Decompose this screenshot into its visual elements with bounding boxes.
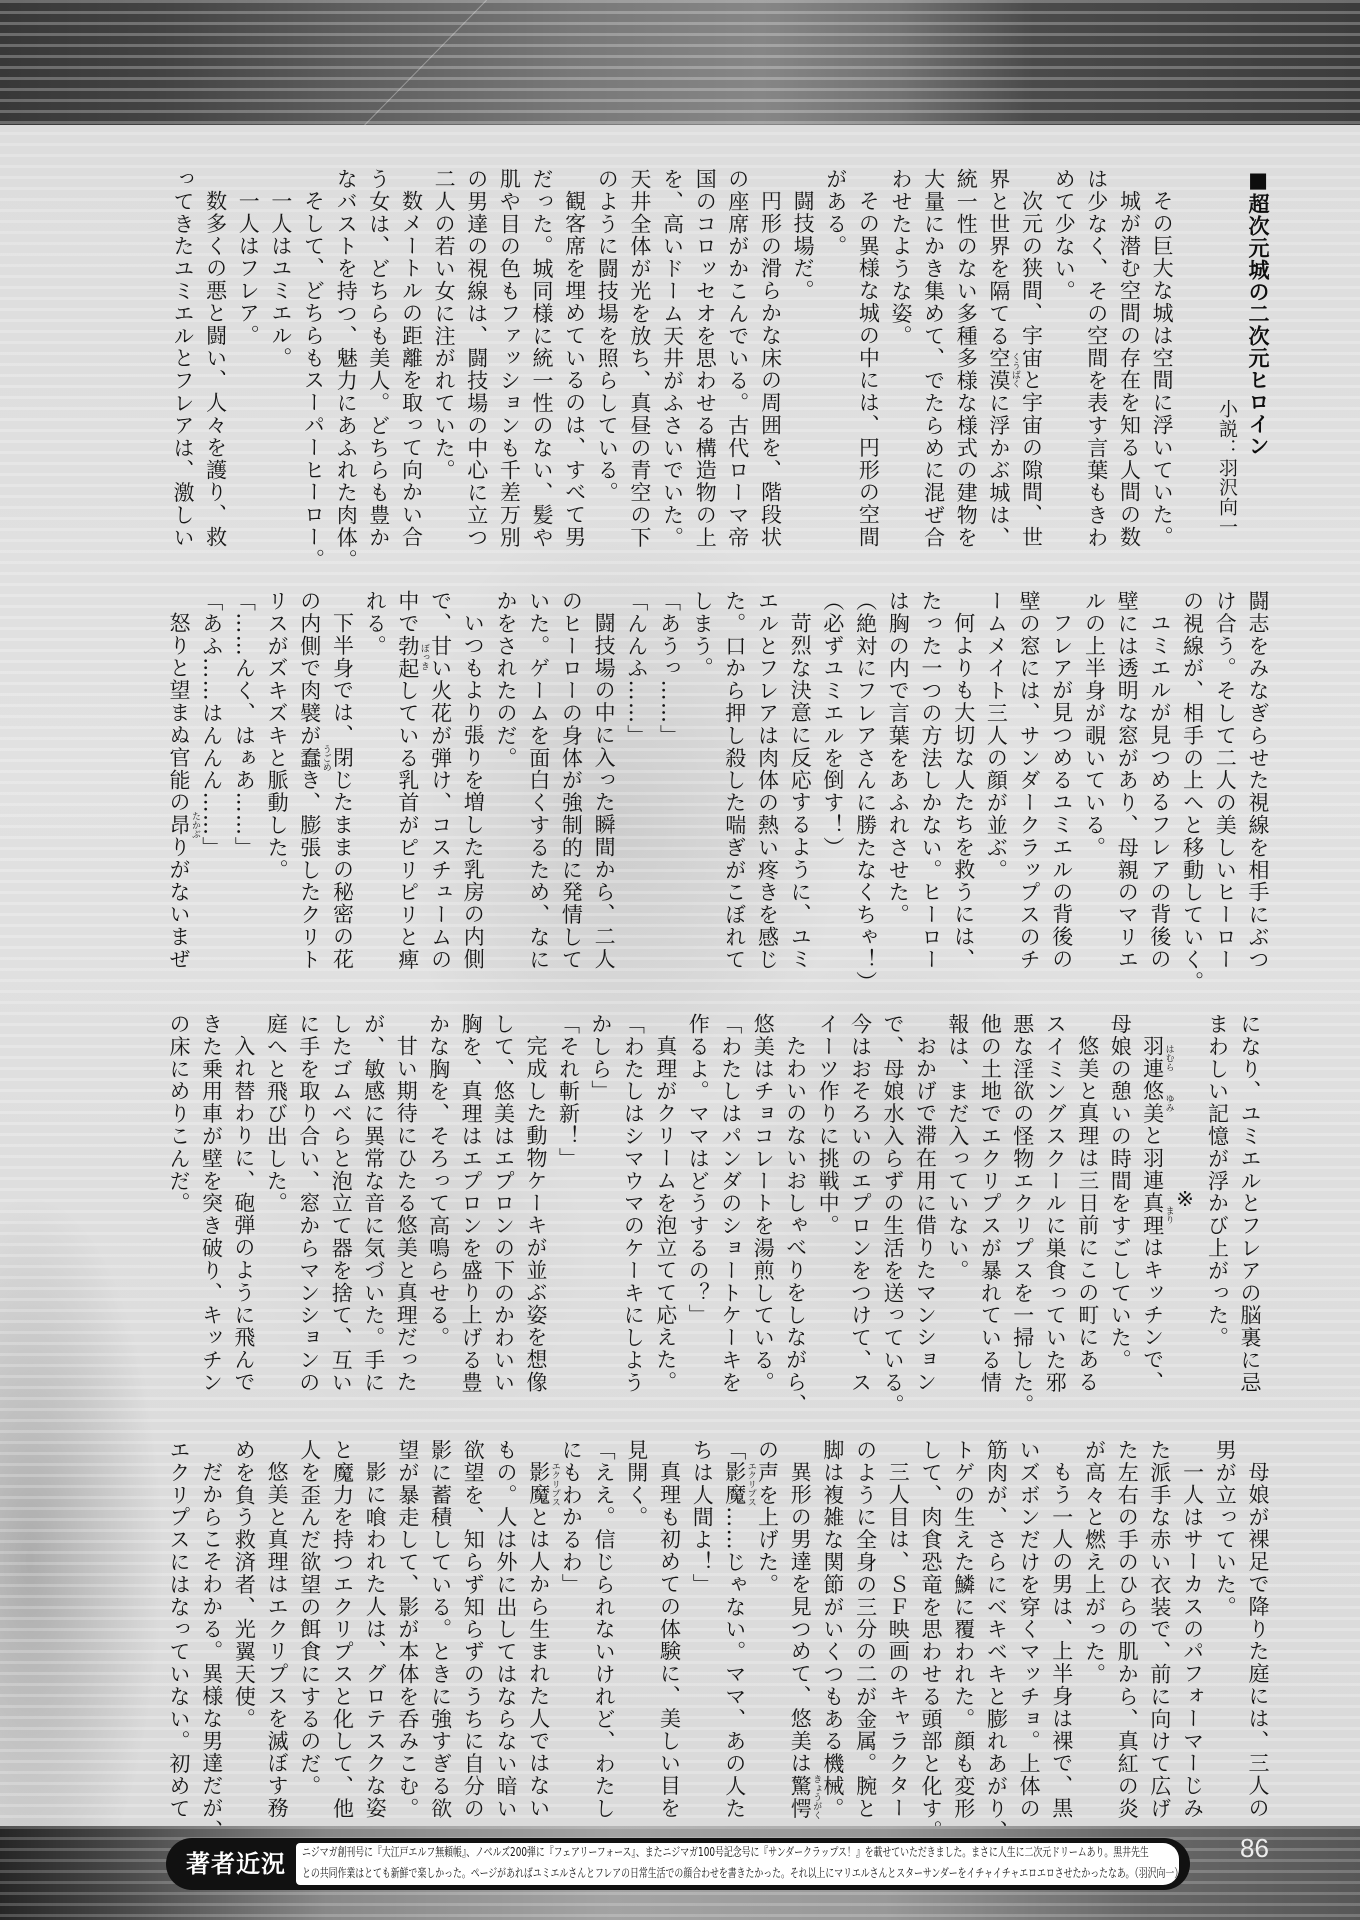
text-column: 悠美はチョコレートを湯煎している。 xyxy=(751,1013,775,1394)
text-column: 甘い期待にひたる悠美と真理だった xyxy=(394,1013,418,1394)
text-column: 男が立っていた。 xyxy=(1213,1439,1237,1618)
text-column: は胸の内で言葉をあふれさせた。 xyxy=(886,590,910,926)
text-column: になり、ユミエルとフレアの脳裏に忌 xyxy=(1238,1013,1262,1394)
text-column: かをされたのだ。 xyxy=(494,590,518,769)
text-column: かしら」 xyxy=(589,1013,613,1103)
text-column: 「あうっ……」 xyxy=(658,590,682,747)
text-column: け合う。そして二人の美しいヒーロー xyxy=(1213,590,1237,971)
text-tier-1: その巨大な城は空間に浮いていた。城が潜む空間の存在を知る人間の数は少なく、その空… xyxy=(0,168,1360,578)
text-column: の声を上げた。 xyxy=(756,1439,780,1596)
text-column: 中で勃起ぼっきしている乳首がピリピリと痺 xyxy=(396,590,420,971)
text-column: 界と世界を隔てる空漠くうばくに浮かぶ城は、 xyxy=(987,168,1011,549)
text-column: 見開く。 xyxy=(625,1439,649,1529)
text-column: ユミエルが見つめるフレアの背後の xyxy=(1148,590,1172,971)
text-column: 作るよ。ママはどうするの？」 xyxy=(686,1013,710,1327)
text-column: 闘技場の中に入った瞬間から、二人 xyxy=(592,590,616,971)
text-column: 入れ替わりに、砲弾のように飛んで xyxy=(232,1013,256,1394)
text-column: 「……んく、はぁあ……」 xyxy=(232,590,256,859)
text-column: 闘志をみなぎらせた視線を相手にぶつ xyxy=(1246,590,1270,971)
author-note-label: 著者近況 xyxy=(174,1838,298,1890)
text-column: に手を取り合い、窓からマンションの xyxy=(297,1013,321,1394)
text-column: 壁には透明な窓があり、母親のマリエ xyxy=(1115,590,1139,971)
text-column: は少なく、その空間を表す言葉もきわ xyxy=(1085,168,1109,549)
ruby-reading: エクリプス xyxy=(746,1461,756,1506)
section-break-mark: ※ xyxy=(1173,1187,1197,1212)
author-note-text: ニジマガ創刊号に『大江戸エルフ無頼帳』、ノベルズ200弾に『フェアリーフォース』… xyxy=(302,1843,1149,1862)
text-column: た派手な赤い衣装で、前に向けて広げ xyxy=(1148,1439,1172,1820)
text-column: た。口から押し殺した喘ぎがこぼれて xyxy=(723,590,747,971)
text-column: 二人の若い女に注がれていた。 xyxy=(432,168,456,482)
text-column: かな胸を、そろって高鳴らせる。 xyxy=(427,1013,451,1349)
text-column: のように全身の三分の二が金属。腕と xyxy=(854,1439,878,1820)
text-column: （絶対にフレアさんに勝たなくちゃ！） xyxy=(854,590,878,993)
text-column: 数多くの悪と闘い、人々を護り、救 xyxy=(204,168,228,549)
text-column: そして、どちらもスーパーヒーロー。 xyxy=(302,168,326,571)
ruby-base: 蠢うごめ xyxy=(298,747,322,769)
text-column: 人を歪んだ欲望の餌食にするのだ。 xyxy=(298,1439,322,1797)
text-column: なバストを持つ、魅力にあふれた肉体。 xyxy=(334,168,358,571)
text-column: 胸を、真理はエプロンを盛り上げる豊 xyxy=(459,1013,483,1394)
text-column: 何よりも大切な人たちを救うには、 xyxy=(952,590,976,971)
text-column: 脚は複雑な関節がいくつもある機械。 xyxy=(821,1439,845,1820)
text-column: だった。城同様に統一性のない、髪や xyxy=(530,168,554,549)
text-column: 悠美と真理は三日前にこの町にある xyxy=(1076,1013,1100,1394)
text-column: で、甘い火花が弾け、コスチュームの xyxy=(429,590,453,971)
ruby-base: 真理まり xyxy=(1141,1192,1165,1237)
header-photo-band xyxy=(0,0,1360,125)
text-column: う女は、どちらも美人。どちらも豊か xyxy=(367,168,391,549)
ruby-base: 影魔エクリプス xyxy=(723,1461,747,1506)
text-column: 次元の狭間、宇宙と宇宙の隙間、世 xyxy=(1020,168,1044,549)
text-column: まわしい記憶が浮かび上がった。 xyxy=(1206,1013,1230,1349)
author-note-box: ニジマガ創刊号に『大江戸エルフ無頼帳』、ノベルズ200弾に『フェアリーフォース』… xyxy=(296,1843,1179,1885)
text-column: もの。人は外に出してはならない暗い xyxy=(494,1439,518,1820)
text-column: 「わたしはパンダのショートケーキを xyxy=(719,1013,743,1394)
text-column: 城が潜む空間の存在を知る人間の数 xyxy=(1118,168,1142,549)
ruby-reading: きょうがく xyxy=(811,1775,821,1820)
text-column: 影に喰われた人は、グロテスクな姿 xyxy=(363,1439,387,1820)
ruby-base: 悠美ゆみ xyxy=(1141,1080,1165,1125)
text-column: 羽連はむら悠美ゆみと羽連真理まりはキッチンで、 xyxy=(1141,1013,1165,1394)
text-column: 怒りと望まぬ官能の昂たかぶりがないまぜ xyxy=(167,590,191,971)
ruby-reading: はむら xyxy=(1164,1044,1174,1071)
page-number: 86 xyxy=(1240,1835,1269,1861)
text-column: 他の土地でエクリプスが暴れている情 xyxy=(978,1013,1002,1394)
ruby-base: 昂たかぶ xyxy=(167,814,191,836)
text-column: ルの上半身が覗いている。 xyxy=(1083,590,1107,859)
ruby-base: 空漠くうばく xyxy=(987,347,1011,392)
text-column: 今はおそろいのエプロンをつけて、ス xyxy=(849,1013,873,1394)
text-column: 闘技場だ。 xyxy=(791,168,815,302)
text-column: して、肉食恐竜を思わせる頭部と化す。 xyxy=(919,1439,943,1842)
text-column: イーツ作りに挑戦中。 xyxy=(816,1013,840,1237)
text-column: わせたような姿。 xyxy=(889,168,913,347)
ruby-base: 影魔エクリプス xyxy=(527,1461,551,1506)
text-column: 下半身では、閉じたままの秘密の花 xyxy=(331,590,355,971)
text-column: たった一つの方法しかない。ヒーロー xyxy=(919,590,943,971)
text-column: もう一人の男は、上半身は裸で、黒 xyxy=(1050,1439,1074,1820)
ruby-reading: ゆみ xyxy=(1164,1094,1174,1112)
text-column: ームメイト三人の顔が並ぶ。 xyxy=(984,590,1008,881)
text-column: 報は、まだ入っていない。 xyxy=(946,1013,970,1282)
text-column: したゴムべらと泡立て器を捨て、互い xyxy=(329,1013,353,1394)
text-column: が高々と燃え上がった。 xyxy=(1083,1439,1107,1685)
author-note-text: との共同作業はとても新鮮で楽しかった。ページがあればユミエルさんとフレアの日常生… xyxy=(302,1864,1179,1883)
ruby-reading: たかぶ xyxy=(190,812,200,839)
text-column: で、母娘水入らずの生活を送っている。 xyxy=(881,1013,905,1416)
text-column: 「ええ。信じられないけれど、わたし xyxy=(592,1439,616,1820)
text-tier-2: 闘志をみなぎらせた視線を相手にぶつけ合う。そして二人の美しいヒーローの視線が、相… xyxy=(0,590,1360,1000)
text-tier-3: になり、ユミエルとフレアの脳裏に忌まわしい記憶が浮かび上がった。※羽連はむら悠美… xyxy=(0,1013,1360,1423)
text-column: の内側で肉襞が蠢うごめき、膨張したクリト xyxy=(298,590,322,971)
author-note-line-2: との共同作業はとても新鮮で楽しかった。ページがあればユミエルさんとフレアの日常生… xyxy=(302,1863,1179,1882)
text-column: 天井全体が光を放ち、真昼の青空の下 xyxy=(628,168,652,549)
text-column: た左右の手のひらの肌から、真紅の炎 xyxy=(1115,1439,1139,1820)
text-column: 母娘の憩いの時間をすごしていた。 xyxy=(1108,1013,1132,1371)
ruby-reading: まり xyxy=(1164,1206,1174,1224)
ruby-reading: うごめ xyxy=(321,745,331,772)
text-column: にもわかるわ」 xyxy=(559,1439,583,1596)
text-column: の床にめりこんだ。 xyxy=(167,1013,191,1215)
text-column: が、敏感に異常な音に気づいた。手に xyxy=(362,1013,386,1394)
text-column: （必ずユミエルを倒す！） xyxy=(821,590,845,859)
text-column: 「あふ……はんんん……」 xyxy=(200,590,224,859)
text-column: スイミングスクールに巣食っていた邪 xyxy=(1043,1013,1067,1394)
text-column: きた乗用車が壁を突き破り、キッチン xyxy=(200,1013,224,1394)
text-column: ちは人間よ！」 xyxy=(690,1439,714,1596)
text-column: 三人目は、ＳＦ映画のキャラクター xyxy=(886,1439,910,1820)
text-column: 悪な淫欲の怪物エクリプスを一掃した。 xyxy=(1011,1013,1035,1416)
text-column: エクリプスにはなっていない。初めて xyxy=(167,1439,191,1820)
text-column: 「んんふ……」 xyxy=(625,590,649,747)
text-column: のヒーローの身体が強制的に発情して xyxy=(559,590,583,971)
text-column: エルとフレアは肉体の熱い疼きを感じ xyxy=(756,590,780,971)
ruby-reading: エクリプス xyxy=(550,1461,560,1506)
text-column: その異様な城の中には、円形の空間 xyxy=(856,168,880,549)
text-column: 母娘が裸足で降りた庭には、三人の xyxy=(1246,1439,1270,1820)
text-column: しまう。 xyxy=(690,590,714,680)
author-note-line-1: ニジマガ創刊号に『大江戸エルフ無頼帳』、ノベルズ200弾に『フェアリーフォース』… xyxy=(302,1843,1179,1861)
text-column: 肌や目の色もファッションも千差万別 xyxy=(497,168,521,549)
text-column: の視線が、相手の上へと移動していく。 xyxy=(1181,590,1205,993)
text-column: 観客席を埋めているのは、すべて男 xyxy=(563,168,587,549)
text-column: 壁の窓には、サンダークラップスのチ xyxy=(1017,590,1041,971)
text-column: 完成した動物ケーキが並ぶ姿を想像 xyxy=(524,1013,548,1394)
text-column: 「わたしはシマウマのケーキにしよう xyxy=(621,1013,645,1394)
text-column: 一人はサーカスのパフォーマーじみ xyxy=(1181,1439,1205,1820)
text-column: いつもより張りを増した乳房の内側 xyxy=(461,590,485,971)
text-column: を、高いドーム天井がふさいでいた。 xyxy=(661,168,685,549)
text-column: たわいのないおしゃべりをしながら、 xyxy=(784,1013,808,1416)
text-column: 一人はフレア。 xyxy=(236,168,260,347)
text-column: のように闘技場を照らしている。 xyxy=(595,168,619,504)
text-column: 真理も初めての体験に、美しい目を xyxy=(658,1439,682,1820)
text-column: その巨大な城は空間に浮いていた。 xyxy=(1150,168,1174,549)
ruby-reading: ぼっき xyxy=(419,644,429,671)
text-column: 一人はユミエル。 xyxy=(269,168,293,370)
text-column: 「それ斬新！」 xyxy=(557,1013,581,1170)
text-column: と魔力を持つエクリプスと化して、他 xyxy=(331,1439,355,1820)
text-column: 国のコロッセオを思わせる構造物の上 xyxy=(693,168,717,549)
text-column: 「影魔エクリプス……じゃない。ママ、あの人た xyxy=(723,1439,747,1820)
text-column: 苛烈な決意に反応するように、ユミ xyxy=(788,590,812,971)
text-column: 真理がクリームを泡立てて応えた。 xyxy=(654,1013,678,1394)
text-column: 数メートルの距離を取って向かい合 xyxy=(400,168,424,549)
text-column: フレアが見つめるユミエルの背後の xyxy=(1050,590,1074,971)
text-column: だからこそわかる。異様な男達だが、 xyxy=(200,1439,224,1842)
text-tier-4: 母娘が裸足で降りた庭には、三人の男が立っていた。一人はサーカスのパフォーマーじみ… xyxy=(0,1439,1360,1849)
text-column: の男達の視線は、闘技場の中心に立つ xyxy=(465,168,489,549)
text-column: がある。 xyxy=(824,168,848,258)
text-column: 筋肉が、さらにベキベキと膨れあがり、 xyxy=(984,1439,1008,1842)
text-column: 円形の滑らかな床の周囲を、階段状 xyxy=(759,168,783,549)
ruby-base: 羽連はむら xyxy=(1141,1035,1165,1080)
text-column: リスがズキズキと脈動した。 xyxy=(265,590,289,881)
ruby-reading: くうばく xyxy=(1010,352,1020,388)
text-column: めて少ない。 xyxy=(1052,168,1076,302)
ruby-base: 勃起ぼっき xyxy=(396,635,420,680)
text-column: 庭へと飛び出した。 xyxy=(264,1013,288,1215)
text-column: おかげで滞在用に借りたマンション xyxy=(914,1013,938,1394)
text-column: いた。ゲームを面白くするため、なに xyxy=(527,590,551,971)
text-column: 異形の男達を見つめて、悠美は驚愕きょうがく xyxy=(788,1439,812,1820)
magazine-page: ■超次元城の二次元ヒロイン 小説：羽沢向一 その巨大な城は空間に浮いていた。城が… xyxy=(0,0,1360,1920)
text-column: 大量にかき集めて、でたらめに混ぜ合 xyxy=(922,168,946,549)
text-column: の座席がかこんでいる。古代ローマ帝 xyxy=(726,168,750,549)
text-column: いズボンだけを穿くマッチョ。上体の xyxy=(1017,1439,1041,1820)
text-column: して、悠美はエプロンの下のかわいい xyxy=(492,1013,516,1394)
text-column: 望が暴走して、影が本体を呑みこむ。 xyxy=(396,1439,420,1820)
text-column: れる。 xyxy=(363,590,387,657)
text-column: 影魔エクリプスとは人から生まれた人ではない xyxy=(527,1439,551,1820)
text-column: 悠美と真理はエクリプスを滅ぼす務 xyxy=(265,1439,289,1820)
text-column: めを負う救済者、光翼天使。 xyxy=(232,1439,256,1730)
text-column: 影に蓄積している。ときに強すぎる欲 xyxy=(429,1439,453,1820)
ruby-base: 驚愕きょうがく xyxy=(788,1775,812,1820)
text-column: トゲの生えた鱗に覆われた。顔も変形 xyxy=(952,1439,976,1820)
text-column: 統一性のない多種多様な様式の建物を xyxy=(954,168,978,549)
text-column: 欲望を、知らず知らずのうちに自分の xyxy=(461,1439,485,1820)
text-column: ってきたユミエルとフレアは、激しい xyxy=(171,168,195,549)
author-note-bar: 著者近況 ニジマガ創刊号に『大江戸エルフ無頼帳』、ノベルズ200弾に『フェアリー… xyxy=(166,1838,1190,1890)
